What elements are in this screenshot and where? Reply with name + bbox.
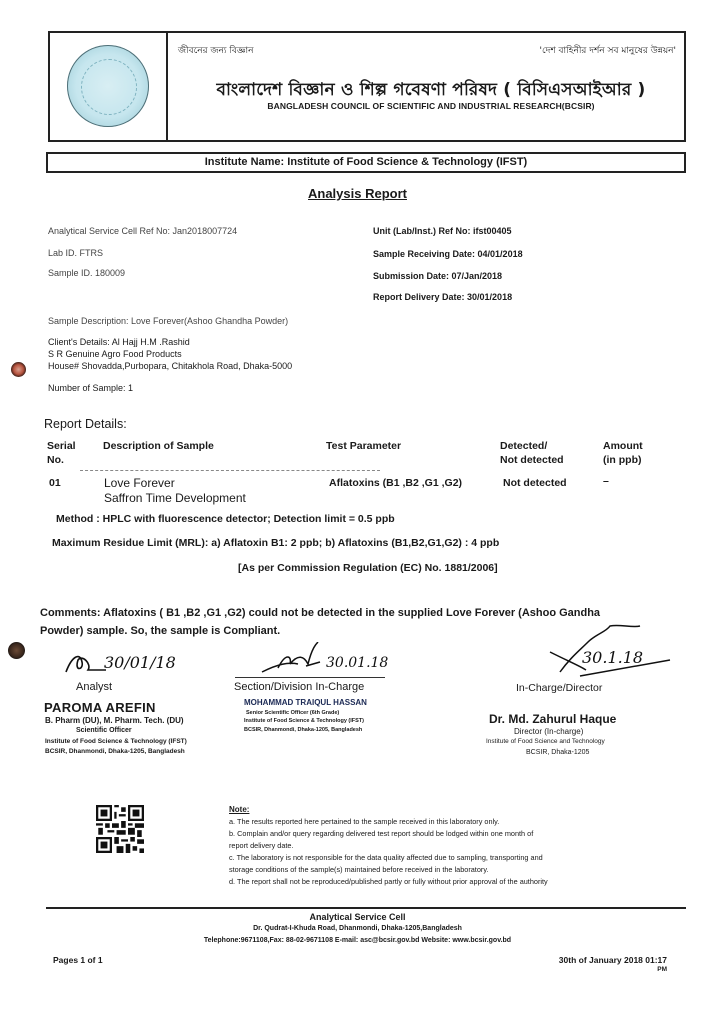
punch-hole-icon — [8, 642, 25, 659]
ref-no: Analytical Service Cell Ref No: Jan20180… — [48, 226, 237, 236]
lab-id: Lab ID. FTRS — [48, 248, 103, 258]
col-detected: Detected/ — [500, 440, 547, 452]
row-detected: Not detected — [503, 477, 567, 489]
mrl: Maximum Residue Limit (MRL): a) Aflatoxi… — [52, 537, 499, 549]
receiving-date: Sample Receiving Date: 04/01/2018 — [373, 249, 523, 259]
comments-line-2: Powder) sample. So, the sample is Compli… — [40, 625, 280, 637]
client-company: S R Genuine Agro Food Products — [48, 349, 182, 359]
footer-address: Dr. Qudrat-I-Khuda Road, Dhanmondi, Dhak… — [0, 925, 715, 932]
analyst-title: Scientific Officer — [76, 727, 132, 734]
delivery-date: Report Delivery Date: 30/01/2018 — [373, 292, 512, 302]
row-amount: – — [603, 475, 609, 487]
logo-cell — [50, 33, 168, 140]
org-name-english: BANGLADESH COUNCIL OF SCIENTIFIC AND IND… — [178, 101, 684, 111]
analyst-institute: Institute of Food Science & Technology (… — [45, 738, 187, 745]
section-incharge-name: MOHAMMAD TRAIQUL HASSAN — [244, 698, 367, 707]
analyst-address: BCSIR, Dhanmondi, Dhaka-1205, Bangladesh — [45, 748, 185, 755]
note-d: d. The report shall not be reproduced/pu… — [229, 877, 548, 886]
motto-right: 'দেশ বাহিনীর দর্শন সব মানুষের উন্নয়ন' — [540, 43, 677, 58]
col-test-parameter: Test Parameter — [326, 440, 401, 452]
number-of-sample: Number of Sample: 1 — [48, 383, 133, 393]
director-role: In-Charge/Director — [516, 682, 602, 694]
punch-mark-icon — [11, 362, 26, 377]
footer-cell: Analytical Service Cell — [0, 912, 715, 922]
submission-date: Submission Date: 07/Jan/2018 — [373, 271, 502, 281]
comments: Comments: Aflatoxins ( B1 ,B2 ,G1 ,G2) c… — [40, 607, 600, 619]
note-a: a. The results reported here pertained t… — [229, 817, 499, 826]
analyst-degree: B. Pharm (DU), M. Pharm. Tech. (DU) — [45, 716, 184, 725]
notes-heading: Note: — [229, 805, 249, 814]
page-title: Analysis Report — [0, 186, 715, 201]
footer-divider — [46, 907, 686, 909]
row-description: Love Forever — [104, 476, 175, 490]
row-serial: 01 — [49, 477, 61, 489]
motto-left: জীবনের জন্য বিজ্ঞান — [178, 43, 254, 58]
note-c: c. The laboratory is not responsible for… — [229, 853, 543, 862]
sample-description: Sample Description: Love Forever(Ashoo G… — [48, 316, 288, 326]
section-incharge-role: Section/Division In-Charge — [234, 681, 364, 693]
director-title: Director (In-charge) — [514, 727, 583, 736]
director-address: BCSIR, Dhaka-1205 — [526, 749, 589, 756]
col-not-detected: Not detected — [500, 454, 564, 466]
qr-code[interactable] — [96, 805, 144, 853]
analyst-sign-date: 30/01/18 — [104, 653, 176, 672]
director-institute: Institute of Food Science and Technology — [486, 738, 605, 745]
regulation: [As per Commission Regulation (EC) No. 1… — [238, 562, 498, 574]
note-b: b. Complain and/or query regarding deliv… — [229, 829, 533, 838]
print-timestamp-ampm: PM — [657, 966, 667, 973]
client-address: House# Shovadda,Purbopara, Chitakhola Ro… — [48, 361, 292, 371]
header-box: জীবনের জন্য বিজ্ঞান 'দেশ বাহিনীর দর্শন স… — [48, 31, 686, 142]
footer-contact: Telephone:9671108,Fax: 88-02-9671108 E-m… — [0, 937, 715, 944]
bcsir-seal-logo — [67, 45, 149, 127]
section-incharge-institute: Institute of Food Science & Technology (… — [244, 718, 364, 724]
note-b-cont: report delivery date. — [229, 841, 294, 850]
col-description: Description of Sample — [103, 440, 214, 452]
section-incharge-title: Senior Scientific Officer (6th Grade) — [246, 710, 339, 716]
sample-id: Sample ID. 180009 — [48, 268, 125, 278]
director-name: Dr. Md. Zahurul Haque — [489, 712, 616, 726]
note-c-cont: storage conditions of the sample(s) main… — [229, 865, 488, 874]
report-details-heading: Report Details: — [44, 417, 127, 431]
col-amount-unit: (in ppb) — [603, 454, 641, 466]
director-sign-date: 30.1.18 — [582, 648, 643, 667]
unit-ref-no: Unit (Lab/Inst.) Ref No: ifst00405 — [373, 226, 512, 236]
analyst-role: Analyst — [76, 681, 112, 693]
print-timestamp: 30th of January 2018 01:17 — [559, 955, 667, 965]
client-details: Client's Details: Al Hajj H.M .Rashid — [48, 337, 190, 347]
analyst-name: PAROMA AREFIN — [44, 700, 156, 715]
col-amount: Amount — [603, 440, 643, 452]
col-serial-no: No. — [47, 454, 64, 466]
col-serial: Serial — [47, 440, 76, 452]
section-incharge-address: BCSIR, Dhanmondi, Dhaka-1205, Bangladesh — [244, 727, 362, 733]
institute-name-box: Institute Name: Institute of Food Scienc… — [46, 152, 686, 173]
section-incharge-sign-date: 30.01.18 — [326, 655, 388, 671]
page-count: Pages 1 of 1 — [53, 955, 103, 965]
method: Method : HPLC with fluorescence detector… — [56, 513, 395, 525]
signature-line — [235, 677, 385, 678]
row-parameter: Aflatoxins (B1 ,B2 ,G1 ,G2) — [329, 477, 462, 489]
row-description-2: Saffron Time Development — [104, 491, 246, 505]
table-divider — [80, 470, 380, 471]
